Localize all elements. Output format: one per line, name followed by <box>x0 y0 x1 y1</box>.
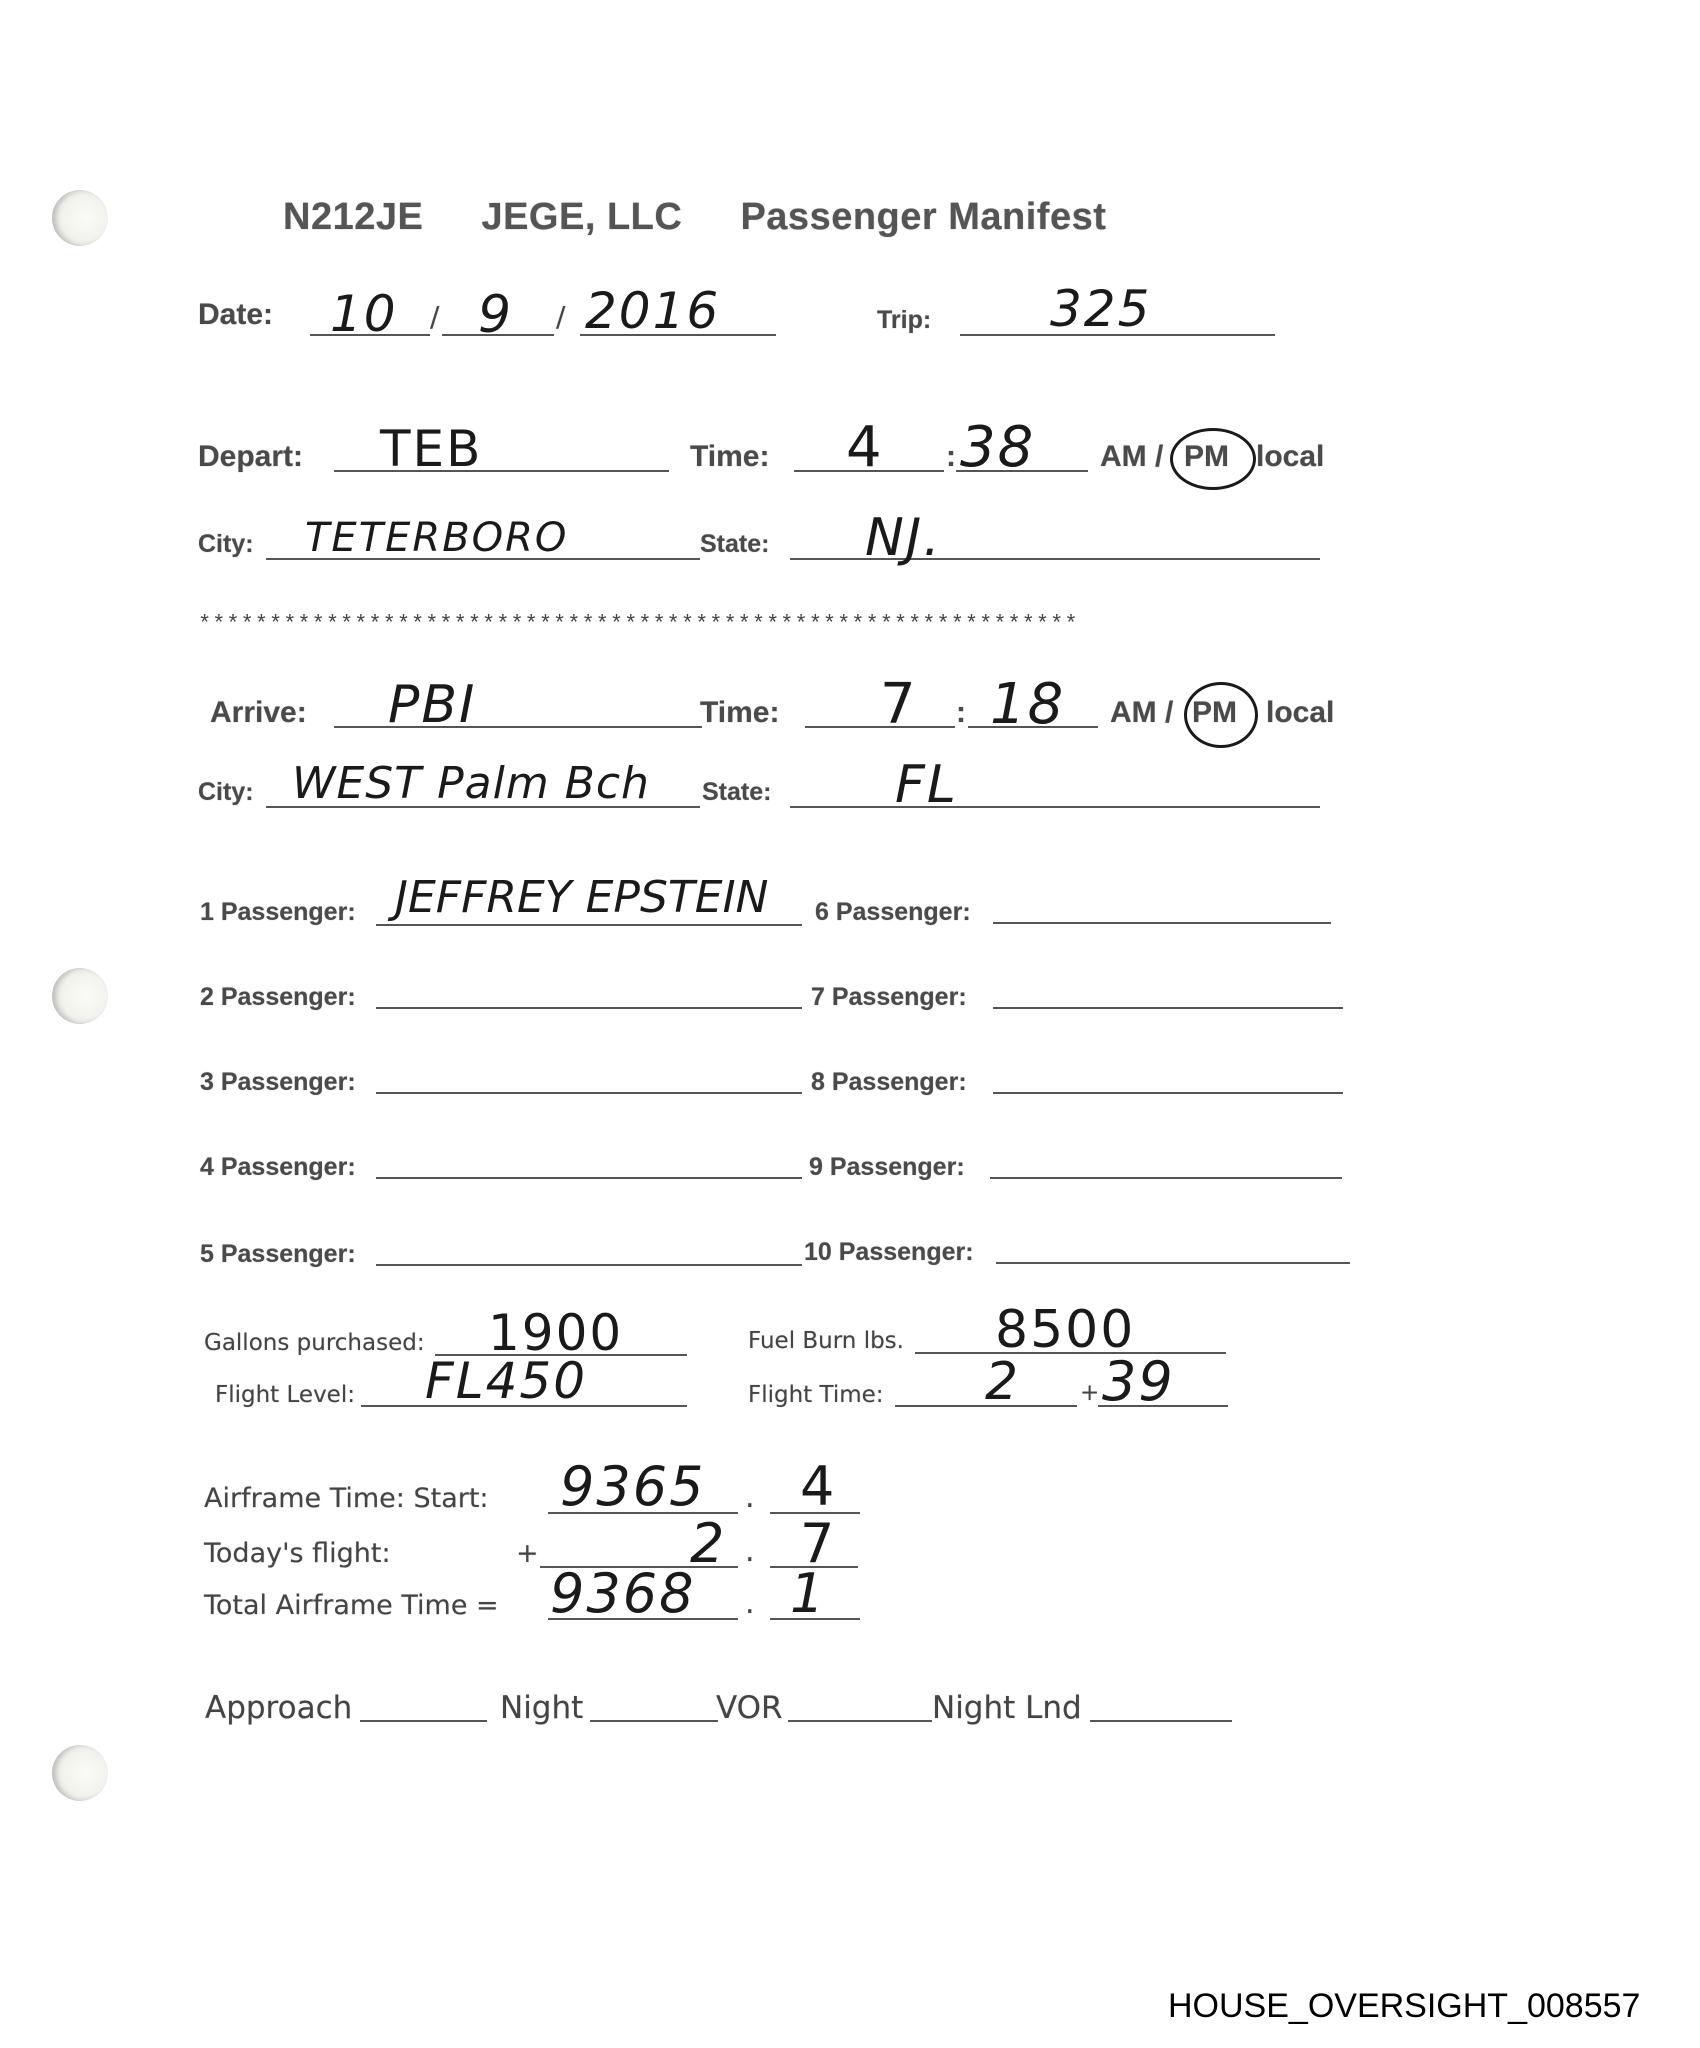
passenger-2-line <box>376 1007 802 1009</box>
form-header: N212JE JEGE, LLC Passenger Manifest <box>283 196 1106 239</box>
date-day-field[interactable]: 9 <box>478 285 513 345</box>
night-landing-label: Night Lnd <box>932 1690 1082 1726</box>
passenger-1-field[interactable]: JEFFREY EPSTEIN <box>395 872 768 923</box>
todays-flight-dot: . <box>745 1534 755 1569</box>
passenger-9-line <box>990 1177 1342 1179</box>
passenger-10-label: 10 Passenger: <box>804 1238 974 1267</box>
flight-time-hours-field[interactable]: 2 <box>985 1352 1020 1412</box>
total-airframe-label: Total Airframe Time = <box>204 1590 499 1621</box>
date-year-field[interactable]: 2016 <box>585 282 720 340</box>
company-name: JEGE, LLC <box>481 196 682 238</box>
arrive-city-field[interactable]: WEST Palm Bch <box>292 758 650 809</box>
depart-am-option[interactable]: AM / <box>1100 440 1163 474</box>
passenger-1-label: 1 Passenger: <box>200 898 356 927</box>
night-line <box>590 1720 718 1722</box>
date-month-field[interactable]: 10 <box>330 285 398 343</box>
date-separator: / <box>430 300 439 333</box>
flight-time-separator: + <box>1080 1380 1099 1406</box>
depart-label: Depart: <box>198 440 303 474</box>
passenger-6-line <box>993 922 1331 924</box>
passenger-3-label: 3 Passenger: <box>200 1068 356 1097</box>
arrive-pm-option[interactable]: PM <box>1192 696 1237 730</box>
arrive-state-field[interactable]: FL <box>895 755 958 815</box>
todays-flight-whole-field[interactable]: 2 <box>690 1512 726 1575</box>
depart-local-label: local <box>1256 440 1324 474</box>
arrive-hour-field[interactable]: 7 <box>880 672 918 737</box>
airframe-start-whole-field[interactable]: 9365 <box>560 1455 705 1518</box>
arrive-am-option[interactable]: AM / <box>1110 696 1173 730</box>
depart-time-label: Time: <box>690 440 769 474</box>
passenger-6-label: 6 Passenger: <box>815 898 971 927</box>
flight-time-minutes-field[interactable]: 39 <box>1102 1350 1175 1413</box>
passenger-5-line <box>376 1264 802 1266</box>
passenger-5-label: 5 Passenger: <box>200 1240 356 1269</box>
todays-flight-plus: + <box>516 1538 539 1569</box>
date-separator: / <box>556 300 565 333</box>
vor-label: VOR <box>716 1690 783 1726</box>
total-airframe-whole-field[interactable]: 9368 <box>550 1562 695 1625</box>
depart-city-field[interactable]: TETERBORO <box>305 515 568 561</box>
depart-city-label: City: <box>198 530 254 559</box>
depart-state-label: State: <box>700 530 769 559</box>
night-landing-line <box>1090 1720 1232 1722</box>
passenger-1-line <box>376 924 802 926</box>
passenger-3-line <box>376 1092 802 1094</box>
binder-hole-top <box>52 190 108 246</box>
approach-label: Approach <box>205 1690 352 1726</box>
flight-time-label: Flight Time: <box>748 1382 884 1408</box>
fuel-burn-label: Fuel Burn lbs. <box>748 1328 904 1354</box>
trip-label: Trip: <box>877 306 931 335</box>
passenger-8-label: 8 Passenger: <box>811 1068 967 1097</box>
gallons-purchased-label: Gallons purchased: <box>204 1330 425 1356</box>
depart-airport-field[interactable]: TEB <box>380 420 482 478</box>
passenger-9-label: 9 Passenger: <box>809 1153 965 1182</box>
passenger-4-label: 4 Passenger: <box>200 1153 356 1182</box>
arrive-minute-field[interactable]: 18 <box>990 672 1065 737</box>
binder-hole-bottom <box>52 1745 108 1801</box>
depart-hour-field[interactable]: 4 <box>846 415 884 480</box>
depart-state-field[interactable]: NJ. <box>865 508 942 568</box>
approach-line <box>360 1720 487 1722</box>
passenger-10-line <box>996 1262 1350 1264</box>
airframe-start-dot: . <box>745 1480 755 1515</box>
arrive-airport-field[interactable]: PBI <box>388 675 476 735</box>
airframe-start-tenth-field[interactable]: 4 <box>800 1455 836 1518</box>
tail-number: N212JE <box>283 196 423 238</box>
passenger-7-label: 7 Passenger: <box>811 983 967 1012</box>
depart-minute-field[interactable]: 38 <box>960 415 1035 480</box>
airframe-start-label: Airframe Time: Start: <box>204 1483 489 1514</box>
passenger-8-line <box>993 1092 1343 1094</box>
flight-level-label: Flight Level: <box>215 1382 355 1408</box>
trip-number-field[interactable]: 325 <box>1050 280 1151 338</box>
passenger-4-line <box>376 1177 802 1179</box>
arrive-city-label: City: <box>198 778 254 807</box>
total-airframe-tenth-field[interactable]: 1 <box>790 1562 826 1625</box>
bates-number: HOUSE_OVERSIGHT_008557 <box>1168 1987 1640 2026</box>
todays-flight-label: Today's flight: <box>204 1538 391 1569</box>
section-separator: ****************************************… <box>198 612 1079 637</box>
flight-level-field[interactable]: FL450 <box>425 1352 587 1410</box>
arrive-state-label: State: <box>702 778 771 807</box>
date-label: Date: <box>198 298 273 332</box>
arrive-time-colon: : <box>956 696 966 730</box>
arrive-time-label: Time: <box>700 696 779 730</box>
depart-pm-option[interactable]: PM <box>1184 440 1229 474</box>
binder-hole-middle <box>52 968 108 1024</box>
arrive-label: Arrive: <box>210 696 307 730</box>
vor-line <box>788 1720 932 1722</box>
passenger-2-label: 2 Passenger: <box>200 983 356 1012</box>
night-label: Night <box>500 1690 583 1726</box>
total-airframe-dot: . <box>745 1586 755 1621</box>
arrive-local-label: local <box>1266 696 1334 730</box>
passenger-7-line <box>993 1007 1343 1009</box>
form-title: Passenger Manifest <box>740 196 1106 238</box>
depart-time-colon: : <box>946 440 956 474</box>
arrive-state-line <box>790 806 1320 808</box>
